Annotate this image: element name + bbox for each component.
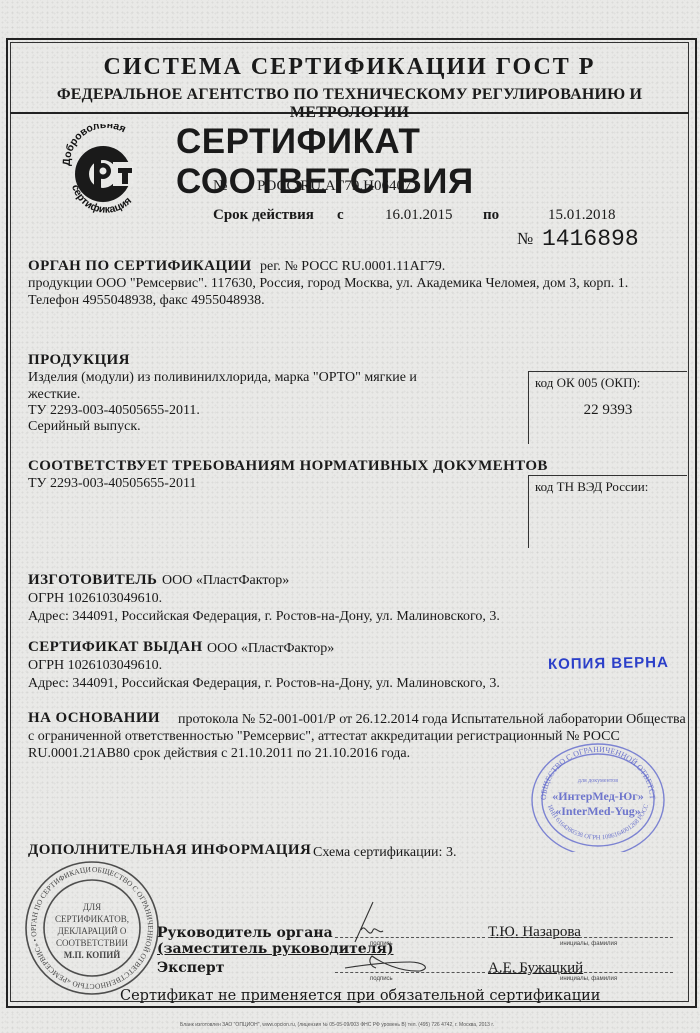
rst-logo-icon: Добровольная сертификация <box>58 124 152 218</box>
expert-name-caption: инициалы, фамилия <box>560 976 617 982</box>
product-heading: ПРОДУКЦИЯ <box>28 352 130 369</box>
expert-label: Эксперт <box>157 960 224 976</box>
head-name: Т.Ю. Назарова <box>488 924 581 941</box>
svg-text:М.П. КОПИЙ: М.П. КОПИЙ <box>64 950 121 960</box>
valid-to-date: 15.01.2018 <box>548 207 616 224</box>
additional-info-heading: ДОПОЛНИТЕЛЬНАЯ ИНФОРМАЦИЯ <box>28 842 311 859</box>
basis-line-1: протокола № 52-001-001/Р от 26.12.2014 г… <box>178 712 686 728</box>
valid-from-date: 16.01.2015 <box>385 207 453 224</box>
certificate-number: РОСС RU.АГ79.Н06407 <box>257 178 411 195</box>
manufacturer-name: ООО «ПластФактор» <box>162 573 289 589</box>
remservis-seal-icon: ОБЩЕСТВО С ОГРАНИЧЕННОЙ ОТВЕТСТВЕННОСТЬЮ… <box>22 858 162 998</box>
issued-to-ogrn: ОГРН 1026103049610. <box>28 658 162 674</box>
validity-label: Срок действия <box>213 207 314 224</box>
product-line-3: ТУ 2293-003-40505655-2011. <box>28 403 200 419</box>
basis-heading: НА ОСНОВАНИИ <box>28 710 160 727</box>
footer-note: Сертификат не применяется при обязательн… <box>120 988 600 1004</box>
head-name-caption: инициалы, фамилия <box>560 941 617 947</box>
tnved-code-label: код ТН ВЭД России: <box>535 479 648 495</box>
intermed-yug-seal-icon: ОБЩЕСТВО С ОГРАНИЧЕННОЙ ОТВЕТСТВЕННОСТЬЮ… <box>528 742 668 852</box>
conformity-heading: СООТВЕТСТВУЕТ ТРЕБОВАНИЯМ НОРМАТИВНЫХ ДО… <box>28 458 548 475</box>
svg-text:ДЛЯ: ДЛЯ <box>83 902 101 912</box>
expert-name: А.Е. Бужацкий <box>488 960 583 977</box>
validity-from-label: с <box>337 207 344 224</box>
certification-body-phone: Телефон 4955048938, факс 4955048938. <box>28 293 265 309</box>
agency-name: ФЕДЕРАЛЬНОЕ АГЕНТСТВО ПО ТЕХНИЧЕСКОМУ РЕ… <box>10 86 689 122</box>
product-line-1: Изделия (модули) из поливинилхлорида, ма… <box>28 370 417 386</box>
issued-to-address: Адрес: 344091, Российская Федерация, г. … <box>28 676 500 692</box>
head-signature-icon <box>345 900 395 950</box>
certification-body-address: продукции ООО "Ремсервис". 117630, Росси… <box>28 276 628 292</box>
system-title: СИСТЕМА СЕРТИФИКАЦИИ ГОСТ Р <box>10 54 689 81</box>
certification-scheme: Схема сертификации: 3. <box>313 845 456 861</box>
blank-number: 1416898 <box>542 226 639 252</box>
conformity-document: ТУ 2293-003-40505655-2011 <box>28 476 196 492</box>
svg-text:для документов: для документов <box>578 778 618 784</box>
blank-number-sign: № <box>517 229 533 249</box>
product-line-2: жесткие. <box>28 387 80 403</box>
certification-body-reg: рег. № РОСС RU.0001.11АГ79. <box>260 259 445 275</box>
tnved-code-box: код ТН ВЭД России: <box>528 475 687 548</box>
issued-to-heading: СЕРТИФИКАТ ВЫДАН <box>28 639 203 656</box>
svg-text:«ИнтерМед-Юг»: «ИнтерМед-Юг» <box>552 789 644 803</box>
okp-code-value: 22 9393 <box>529 402 687 419</box>
head-label: Руководитель органа <box>157 925 333 941</box>
okp-code-box: код ОК 005 (ОКП): 22 9393 <box>528 371 687 444</box>
head-name-line <box>488 937 673 938</box>
header: СИСТЕМА СЕРТИФИКАЦИИ ГОСТ Р ФЕДЕРАЛЬНОЕ … <box>10 42 689 114</box>
expert-signature-icon <box>340 950 440 980</box>
okp-code-label: код ОК 005 (ОКП): <box>535 375 640 391</box>
certification-body-heading: ОРГАН ПО СЕРТИФИКАЦИИ <box>28 258 252 275</box>
basis-line-3: RU.0001.21АВ80 срок действия с 21.10.201… <box>28 746 410 762</box>
validity-to-label: по <box>483 207 499 224</box>
svg-text:«InterMed-Yug»: «InterMed-Yug» <box>555 804 641 818</box>
manufacturer-address: Адрес: 344091, Российская Федерация, г. … <box>28 609 500 625</box>
copy-verified-stamp: КОПИЯ ВЕРНА <box>548 654 669 673</box>
svg-text:СЕРТИФИКАТОВ,: СЕРТИФИКАТОВ, <box>55 914 129 924</box>
printer-line: Бланк изготовлен ЗАО "ОПЦИОН", www.opcio… <box>180 1022 494 1028</box>
certificate-title: СЕРТИФИКАТ СООТВЕТСТВИЯ <box>176 122 700 202</box>
number-sign: № <box>213 178 227 195</box>
issued-to-name: ООО «ПластФактор» <box>207 641 334 657</box>
product-line-4: Серийный выпуск. <box>28 419 141 435</box>
expert-name-line <box>488 972 673 973</box>
svg-text:ДЕКЛАРАЦИЙ О: ДЕКЛАРАЦИЙ О <box>58 926 127 936</box>
manufacturer-heading: ИЗГОТОВИТЕЛЬ <box>28 572 157 589</box>
manufacturer-ogrn: ОГРН 1026103049610. <box>28 591 162 607</box>
svg-text:СООТВЕТСТВИИ: СООТВЕТСТВИИ <box>56 938 129 948</box>
